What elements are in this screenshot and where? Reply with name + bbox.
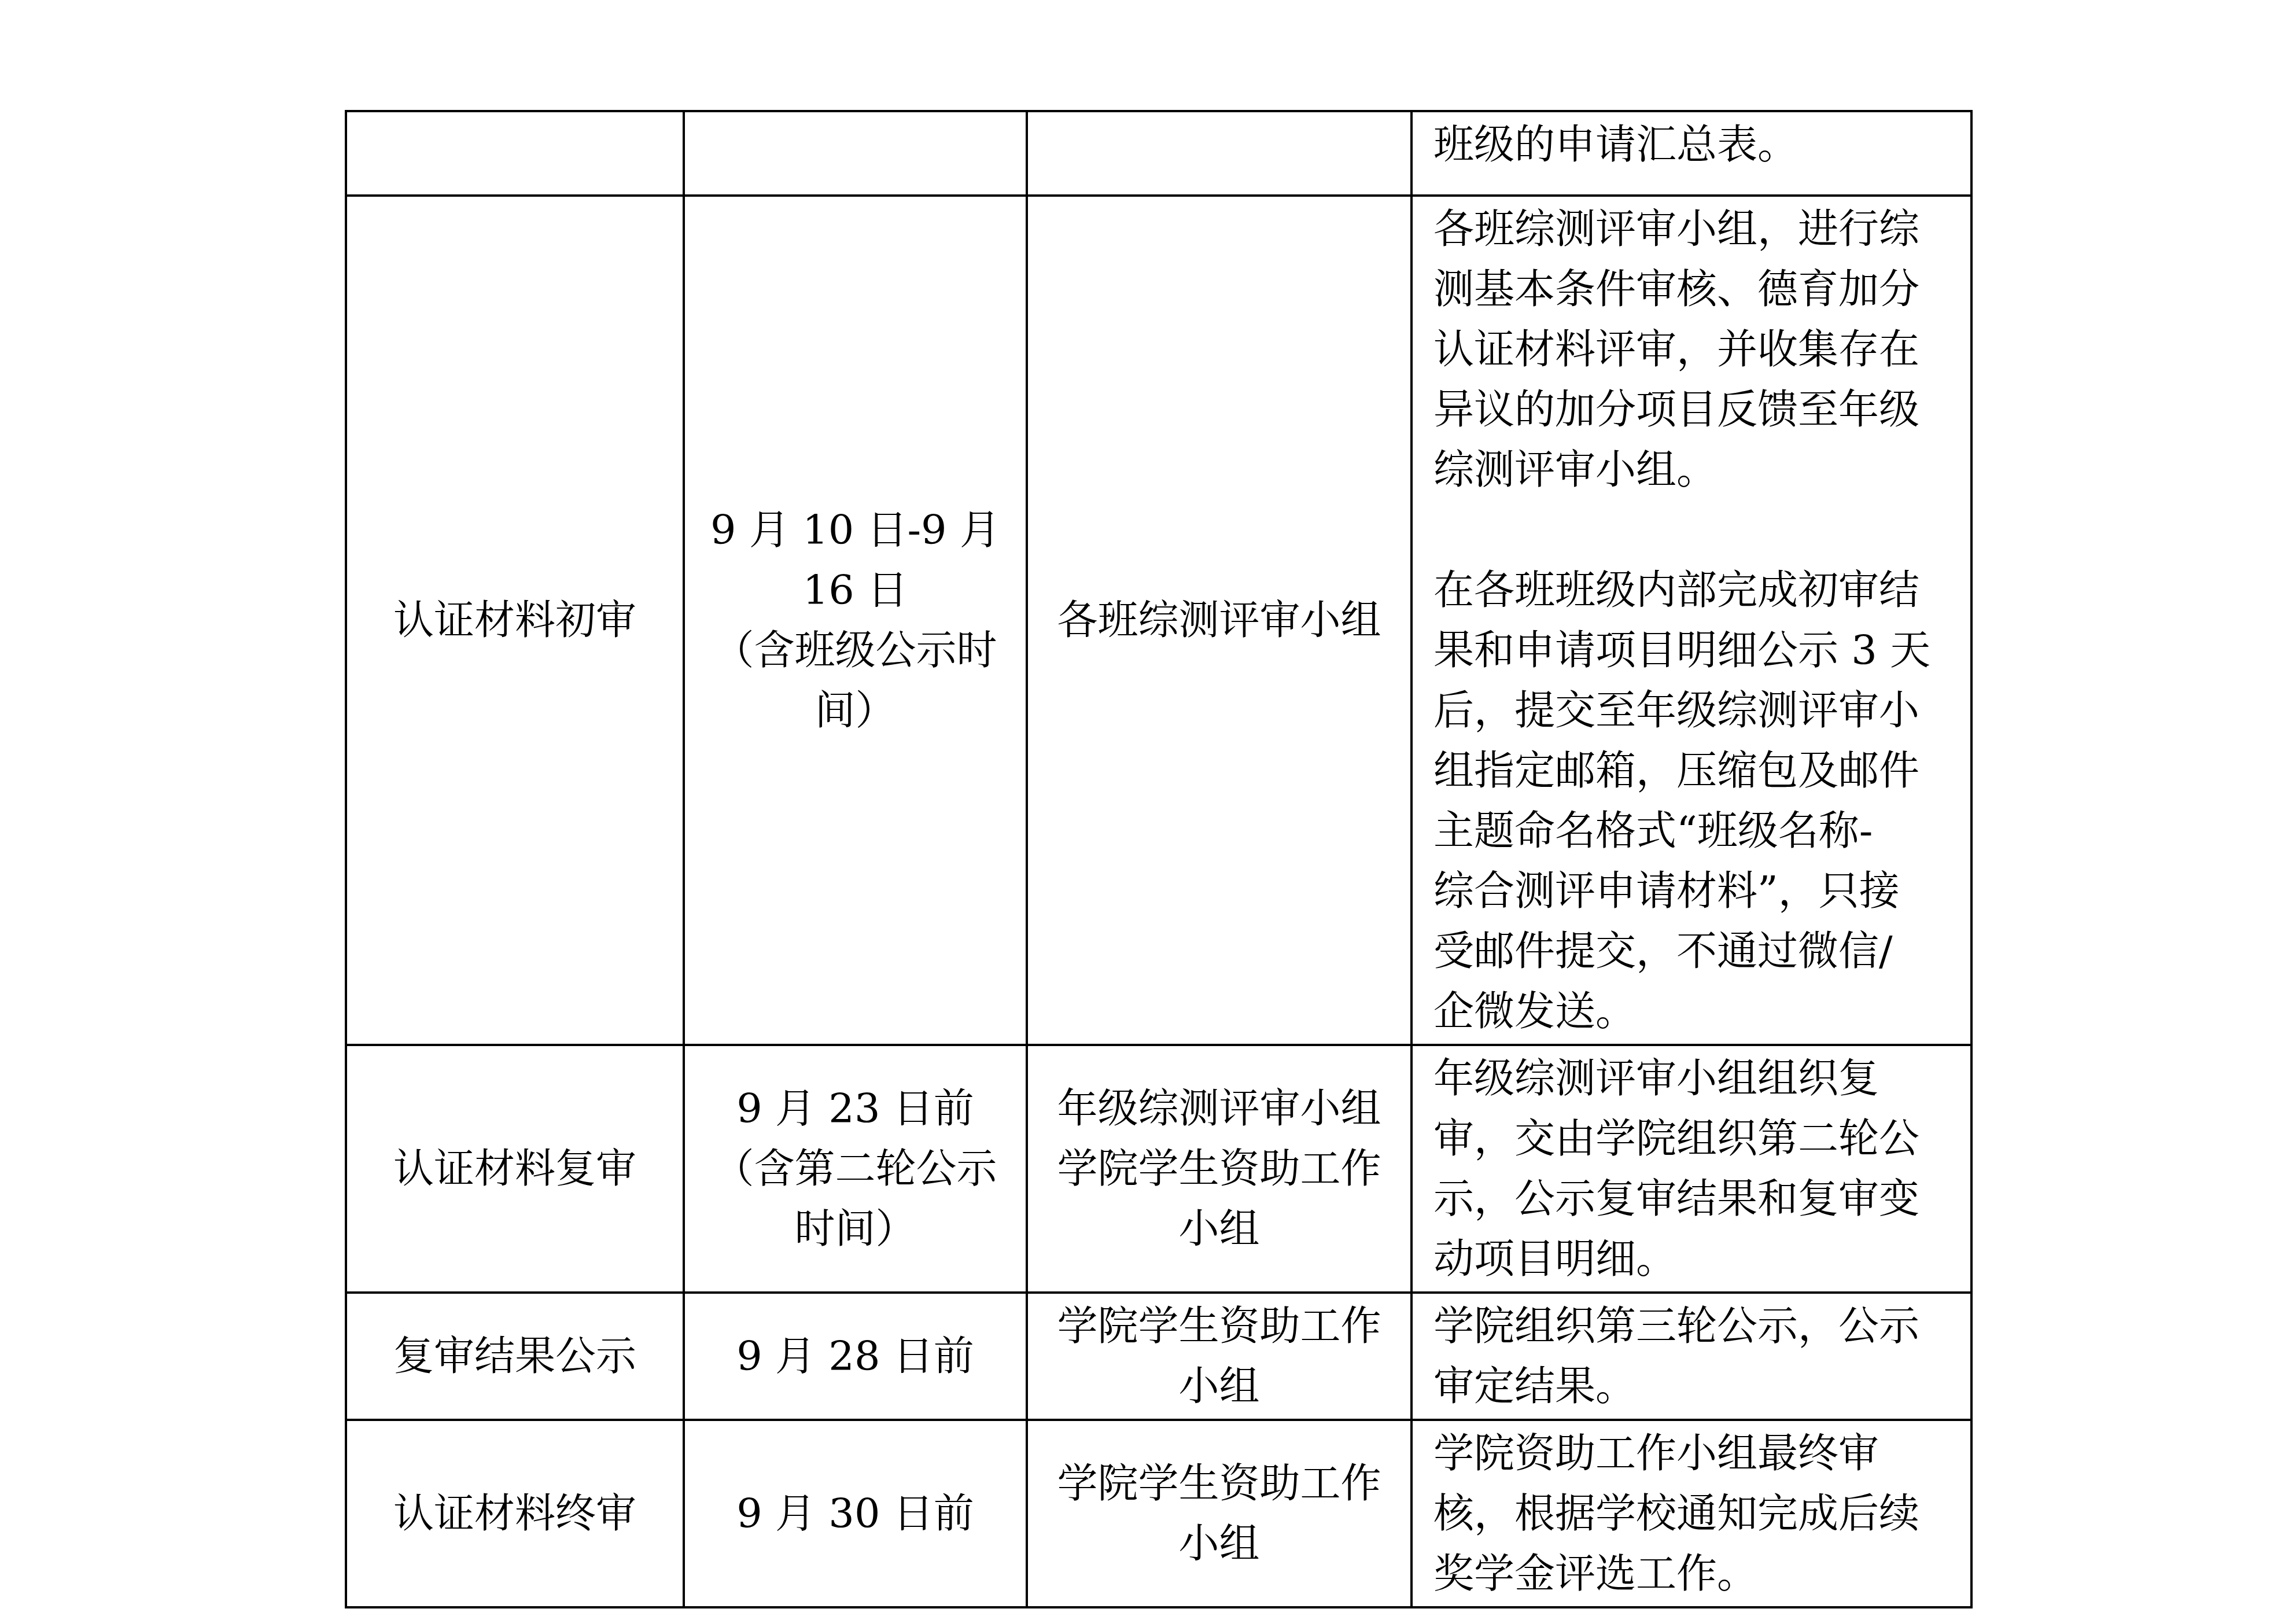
description-cell: 班级的申请汇总表。: [1411, 111, 1971, 196]
responsible-text-line: 学院学生资助工作: [1038, 1453, 1400, 1514]
description-text-line: 认证材料评审，并收集存在: [1433, 319, 1953, 380]
stage-text-line: 认证材料复审: [358, 1139, 672, 1199]
time-text-line: 9 月 28 日前: [695, 1326, 1015, 1386]
description-text-line: 班级的申请汇总表。: [1433, 115, 1953, 175]
description-text-line: 主题命名格式“班级名称-: [1433, 801, 1953, 861]
description-text-line: 各班综测评审小组，进行综: [1433, 199, 1953, 259]
description-text-line: 学院组织第三轮公示，公示: [1433, 1296, 1953, 1356]
description-text-line: 学院资助工作小组最终审: [1433, 1423, 1953, 1484]
responsible-text-line: 小组: [1038, 1514, 1400, 1574]
table-row: 班级的申请汇总表。: [346, 111, 1971, 196]
description-text-line: 动项目明细。: [1433, 1229, 1953, 1289]
time-cell: 9 月 30 日前: [684, 1420, 1027, 1607]
stage-cell: 认证材料复审: [346, 1045, 684, 1293]
stage-cell: 复审结果公示: [346, 1293, 684, 1420]
description-text-line: 在各班班级内部完成初审结: [1433, 560, 1953, 620]
responsible-cell: 年级综测评审小组学院学生资助工作小组: [1027, 1045, 1411, 1293]
description-text-line: 审定结果。: [1433, 1356, 1953, 1416]
description-text-line: 企微发送。: [1433, 981, 1953, 1041]
stage-cell: 认证材料终审: [346, 1420, 684, 1607]
description-text-line: 综测评审小组。: [1433, 440, 1953, 500]
responsible-text-line: 小组: [1038, 1356, 1400, 1416]
table-row: 认证材料终审9 月 30 日前学院学生资助工作小组学院资助工作小组最终审核，根据…: [346, 1420, 1971, 1607]
time-text-line: 9 月 10 日-9 月: [695, 500, 1015, 560]
responsible-cell: 学院学生资助工作小组: [1027, 1420, 1411, 1607]
time-text-line: 时间）: [695, 1199, 1015, 1259]
stage-cell: 认证材料初审: [346, 196, 684, 1045]
responsible-cell: [1027, 111, 1411, 196]
description-paragraph: 各班综测评审小组，进行综测基本条件审核、德育加分认证材料评审，并收集存在异议的加…: [1433, 199, 1953, 500]
table-row: 认证材料复审9 月 23 日前（含第二轮公示时间）年级综测评审小组学院学生资助工…: [346, 1045, 1971, 1293]
description-paragraph: 学院组织第三轮公示，公示审定结果。: [1433, 1296, 1953, 1416]
responsible-text-line: 学院学生资助工作: [1038, 1296, 1400, 1356]
responsible-text-line: 年级综测评审小组: [1038, 1078, 1400, 1139]
review-schedule-table: 班级的申请汇总表。认证材料初审9 月 10 日-9 月16 日（含班级公示时间）…: [345, 110, 1973, 1608]
time-text-line: （含第二轮公示: [695, 1139, 1015, 1199]
time-cell: [684, 111, 1027, 196]
responsible-text-line: 小组: [1038, 1199, 1400, 1259]
stage-text-line: 复审结果公示: [358, 1326, 672, 1386]
responsible-text-line: 各班综测评审小组: [1038, 590, 1400, 650]
description-text-line: 组指定邮箱，压缩包及邮件: [1433, 741, 1953, 801]
stage-text-line: 认证材料初审: [358, 590, 672, 650]
description-text-line: 年级综测评审小组组织复: [1433, 1048, 1953, 1109]
time-text-line: 16 日: [695, 560, 1015, 620]
paragraph-gap: [1433, 500, 1953, 560]
description-text-line: 奖学金评选工作。: [1433, 1544, 1953, 1604]
time-text-line: （含班级公示时: [695, 620, 1015, 680]
responsible-cell: 学院学生资助工作小组: [1027, 1293, 1411, 1420]
description-text-line: 异议的加分项目反馈至年级: [1433, 380, 1953, 440]
time-text-line: 9 月 30 日前: [695, 1484, 1015, 1544]
description-paragraph: 在各班班级内部完成初审结果和申请项目明细公示 3 天后，提交至年级综测评审小组指…: [1433, 560, 1953, 1041]
time-text-line: 间）: [695, 680, 1015, 741]
description-cell: 各班综测评审小组，进行综测基本条件审核、德育加分认证材料评审，并收集存在异议的加…: [1411, 196, 1971, 1045]
description-text-line: 审，交由学院组织第二轮公: [1433, 1109, 1953, 1169]
responsible-cell: 各班综测评审小组: [1027, 196, 1411, 1045]
table-row: 认证材料初审9 月 10 日-9 月16 日（含班级公示时间）各班综测评审小组各…: [346, 196, 1971, 1045]
stage-cell: [346, 111, 684, 196]
time-text-line: 9 月 23 日前: [695, 1078, 1015, 1139]
description-paragraph: 班级的申请汇总表。: [1433, 115, 1953, 175]
time-cell: 9 月 28 日前: [684, 1293, 1027, 1420]
description-text-line: 果和申请项目明细公示 3 天: [1433, 620, 1953, 680]
stage-text-line: 认证材料终审: [358, 1484, 672, 1544]
description-cell: 学院资助工作小组最终审核，根据学校通知完成后续奖学金评选工作。: [1411, 1420, 1971, 1607]
description-text-line: 核，根据学校通知完成后续: [1433, 1484, 1953, 1544]
description-cell: 年级综测评审小组组织复审，交由学院组织第二轮公示，公示复审结果和复审变动项目明细…: [1411, 1045, 1971, 1293]
document-page: 班级的申请汇总表。认证材料初审9 月 10 日-9 月16 日（含班级公示时间）…: [0, 0, 2296, 1616]
description-text-line: 受邮件提交，不通过微信/: [1433, 921, 1953, 981]
description-text-line: 示，公示复审结果和复审变: [1433, 1169, 1953, 1229]
table-row: 复审结果公示9 月 28 日前学院学生资助工作小组学院组织第三轮公示，公示审定结…: [346, 1293, 1971, 1420]
time-cell: 9 月 23 日前（含第二轮公示时间）: [684, 1045, 1027, 1293]
table-body: 班级的申请汇总表。认证材料初审9 月 10 日-9 月16 日（含班级公示时间）…: [346, 111, 1971, 1607]
description-text-line: 测基本条件审核、德育加分: [1433, 259, 1953, 319]
description-text-line: 综合测评申请材料”，只接: [1433, 861, 1953, 921]
description-text-line: 后，提交至年级综测评审小: [1433, 680, 1953, 741]
description-paragraph: 学院资助工作小组最终审核，根据学校通知完成后续奖学金评选工作。: [1433, 1423, 1953, 1604]
description-cell: 学院组织第三轮公示，公示审定结果。: [1411, 1293, 1971, 1420]
description-paragraph: 年级综测评审小组组织复审，交由学院组织第二轮公示，公示复审结果和复审变动项目明细…: [1433, 1048, 1953, 1289]
time-cell: 9 月 10 日-9 月16 日（含班级公示时间）: [684, 196, 1027, 1045]
responsible-text-line: 学院学生资助工作: [1038, 1139, 1400, 1199]
